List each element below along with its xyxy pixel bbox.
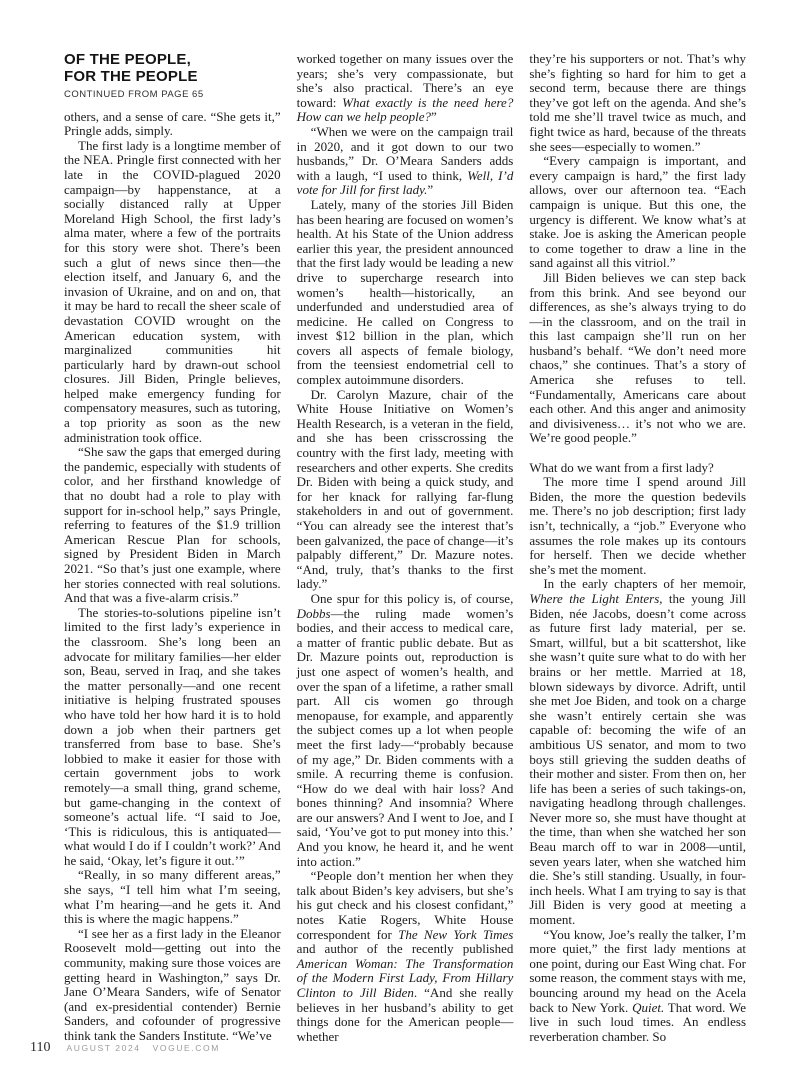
paragraph: “You know, Joe’s really the talker, I’m …	[529, 928, 746, 1045]
paragraph: “She saw the gaps that emerged during th…	[64, 445, 281, 606]
paragraph: What do we want from a first lady?	[529, 461, 746, 476]
paragraph: Lately, many of the stories Jill Biden h…	[297, 198, 514, 388]
text-run: Dr. Carolyn Mazure, chair of the White H…	[297, 387, 514, 592]
paragraph: they’re his supporters or not. That’s wh…	[529, 52, 746, 154]
paragraph: “People don’t mention her when they talk…	[297, 869, 514, 1044]
text-run: the young Jill Biden, née Jacobs, doesn’…	[529, 591, 746, 927]
magazine-page: OF THE PEOPLE, FOR THE PEOPLE CONTINUED …	[0, 0, 800, 1087]
article-header: OF THE PEOPLE, FOR THE PEOPLE CONTINUED …	[64, 52, 281, 103]
article-title-line-1: OF THE PEOPLE,	[64, 52, 281, 69]
page-number: 110	[30, 1040, 50, 1056]
text-run: ”	[427, 182, 433, 197]
paragraph: others, and a sense of care. “She gets i…	[64, 110, 281, 139]
italic-text-run: The New York Times	[398, 927, 513, 942]
article-title-line-2: FOR THE PEOPLE	[64, 69, 281, 86]
paragraph: worked together on many issues over the …	[297, 52, 514, 125]
paragraph: The more time I spend around Jill Biden,…	[529, 475, 746, 577]
text-run: they’re his supporters or not. That’s wh…	[529, 51, 746, 154]
article-body: OF THE PEOPLE, FOR THE PEOPLE CONTINUED …	[64, 52, 746, 1044]
text-run: One spur for this policy is, of course,	[311, 591, 514, 606]
text-run: others, and a sense of care. “She gets i…	[64, 109, 281, 139]
text-run: In the early chapters of her memoir,	[543, 576, 746, 591]
italic-text-run: Quiet.	[632, 1000, 664, 1015]
paragraph: “Really, in so many different areas,” sh…	[64, 868, 281, 926]
column-1: OF THE PEOPLE, FOR THE PEOPLE CONTINUED …	[64, 52, 281, 1044]
paragraph: Dr. Carolyn Mazure, chair of the White H…	[297, 388, 514, 592]
text-run: Jill Biden believes we can step back fro…	[529, 270, 746, 446]
text-run: ”	[431, 109, 437, 124]
text-run: What do we want from a first lady?	[529, 460, 713, 475]
paragraph: The first lady is a longtime member of t…	[64, 139, 281, 445]
text-run: Lately, many of the stories Jill Biden h…	[297, 197, 514, 387]
text-run: —the ruling made women’s bodies, and the…	[297, 606, 514, 869]
italic-text-run: Where the Light Enters,	[529, 591, 662, 606]
issue-date: AUGUST 2024	[66, 1043, 140, 1053]
text-run: The stories-to-solutions pipeline isn’t …	[64, 605, 281, 868]
paragraph: “I see her as a first lady in the Eleano…	[64, 927, 281, 1044]
paragraph: Jill Biden believes we can step back fro…	[529, 271, 746, 446]
text-run: “I see her as a first lady in the Eleano…	[64, 926, 281, 1043]
paragraph: “Every campaign is important, and every …	[529, 154, 746, 271]
column-2: worked together on many issues over the …	[297, 52, 514, 1044]
paragraph: The stories-to-solutions pipeline isn’t …	[64, 606, 281, 869]
text-run: “She saw the gaps that emerged during th…	[64, 444, 281, 605]
text-run: “Really, in so many different areas,” sh…	[64, 867, 281, 926]
page-footer: 110 AUGUST 2024 VOGUE.COM	[30, 1040, 220, 1056]
text-run: and author of the recently published	[297, 941, 514, 956]
paragraph: One spur for this policy is, of course, …	[297, 592, 514, 869]
site-url: VOGUE.COM	[153, 1043, 220, 1053]
text-run: “Every campaign is important, and every …	[529, 153, 746, 270]
paragraph: “When we were on the campaign trail in 2…	[297, 125, 514, 198]
continued-from-line: CONTINUED FROM PAGE 65	[64, 88, 281, 103]
italic-text-run: Dobbs	[297, 606, 331, 621]
column-3: they’re his supporters or not. That’s wh…	[529, 52, 746, 1044]
text-run: The first lady is a longtime member of t…	[64, 138, 281, 445]
paragraph: In the early chapters of her memoir, Whe…	[529, 577, 746, 927]
text-run: The more time I spend around Jill Biden,…	[529, 474, 746, 577]
